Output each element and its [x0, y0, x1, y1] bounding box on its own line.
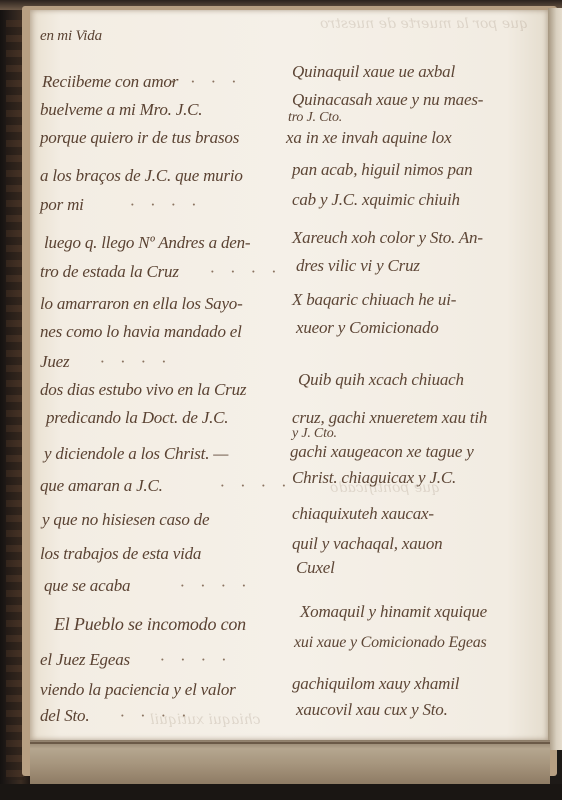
- text-line: a los braços de J.C. que murio: [40, 166, 243, 186]
- separator-dots: · · · ·: [180, 576, 252, 596]
- show-through-text: que por la muerte de nuestro: [320, 16, 528, 32]
- text-line: Juez: [40, 352, 69, 372]
- manuscript-page: que por la muerte de nuestro que pontifi…: [30, 10, 548, 740]
- text-line: xaucovil xau cux y Sto.: [296, 700, 448, 720]
- separator-dots: · · · ·: [100, 352, 172, 372]
- text-line: y diciendole a los Christ. —: [44, 444, 228, 464]
- text-line: y que no hisiesen caso de: [42, 510, 209, 530]
- text-line: que amaran a J.C.: [40, 476, 163, 496]
- separator-dots: · · · ·: [170, 72, 242, 92]
- separator-dots: · · · ·: [160, 650, 232, 670]
- text-line: viendo la paciencia y el valor: [40, 680, 236, 700]
- text-line: Quinacasah xaue y nu maes-: [292, 90, 483, 110]
- separator-dots: · · · ·: [220, 476, 292, 496]
- text-line: xui xaue y Comicionado Egeas: [294, 634, 487, 652]
- separator-dots: · · · ·: [120, 706, 192, 726]
- text-line: Christ. chiaguicax y J.C.: [292, 468, 456, 488]
- text-line: lo amarraron en ella los Sayo-: [40, 294, 243, 314]
- text-line: xueor y Comicionado: [296, 318, 439, 338]
- text-line: nes como lo havia mandado el: [40, 322, 242, 342]
- text-line: Quinaquil xaue ue axbal: [292, 62, 455, 82]
- text-line: que se acaba: [44, 576, 130, 596]
- text-line: quil y vachaqal, xauon: [292, 534, 442, 554]
- text-line: por mi: [40, 195, 84, 215]
- text-line: tro de estada la Cruz: [40, 262, 179, 282]
- separator-dots: · · · ·: [130, 195, 202, 215]
- text-line: predicando la Doct. de J.C.: [46, 408, 228, 428]
- text-line: buelveme a mi Mro. J.C.: [40, 100, 202, 120]
- text-line: gachi xaugeacon xe tague y: [290, 442, 474, 462]
- text-line: gachiquilom xauy xhamil: [292, 674, 459, 694]
- text-line: chiaquixuteh xaucax-: [292, 504, 434, 524]
- text-line: Xareuch xoh color y Sto. An-: [292, 228, 483, 248]
- book-bottom-edge: [30, 740, 550, 784]
- text-line: Cuxel: [296, 558, 335, 578]
- text-line: Quib quih xcach chiuach: [298, 370, 464, 390]
- text-line: El Pueblo se incomodo con: [54, 614, 246, 635]
- text-line: pan acab, higuil nimos pan: [292, 160, 472, 180]
- text-line: los trabajos de esta vida: [40, 544, 201, 564]
- scan-bottom-background: [0, 784, 562, 800]
- separator-dots: · · · ·: [210, 262, 282, 282]
- text-line: en mi Vida: [40, 28, 102, 45]
- text-line: y J. Cto.: [292, 426, 337, 442]
- text-line: el Juez Egeas: [40, 650, 130, 670]
- text-line: X baqaric chiuach he ui-: [292, 290, 456, 310]
- text-line: dos dias estubo vivo en la Cruz: [40, 380, 246, 400]
- text-line: luego q. llego Nº Andres a den-: [44, 233, 250, 253]
- text-line: Xomaquil y hinamit xquique: [300, 602, 487, 622]
- text-line: Reciibeme con amor: [42, 72, 178, 92]
- text-line: del Sto.: [40, 706, 89, 726]
- text-line: tro J. Cto.: [288, 110, 342, 126]
- page-right-margin: [548, 8, 562, 750]
- text-line: cab y J.C. xquimic chiuih: [292, 190, 460, 210]
- text-line: cruz, gachi xnueretem xau tih: [292, 408, 487, 428]
- text-line: xa in xe invah aquine lox: [286, 128, 451, 148]
- text-line: porque quiero ir de tus brasos: [40, 128, 239, 148]
- text-line: dres vilic vi y Cruz: [296, 256, 420, 276]
